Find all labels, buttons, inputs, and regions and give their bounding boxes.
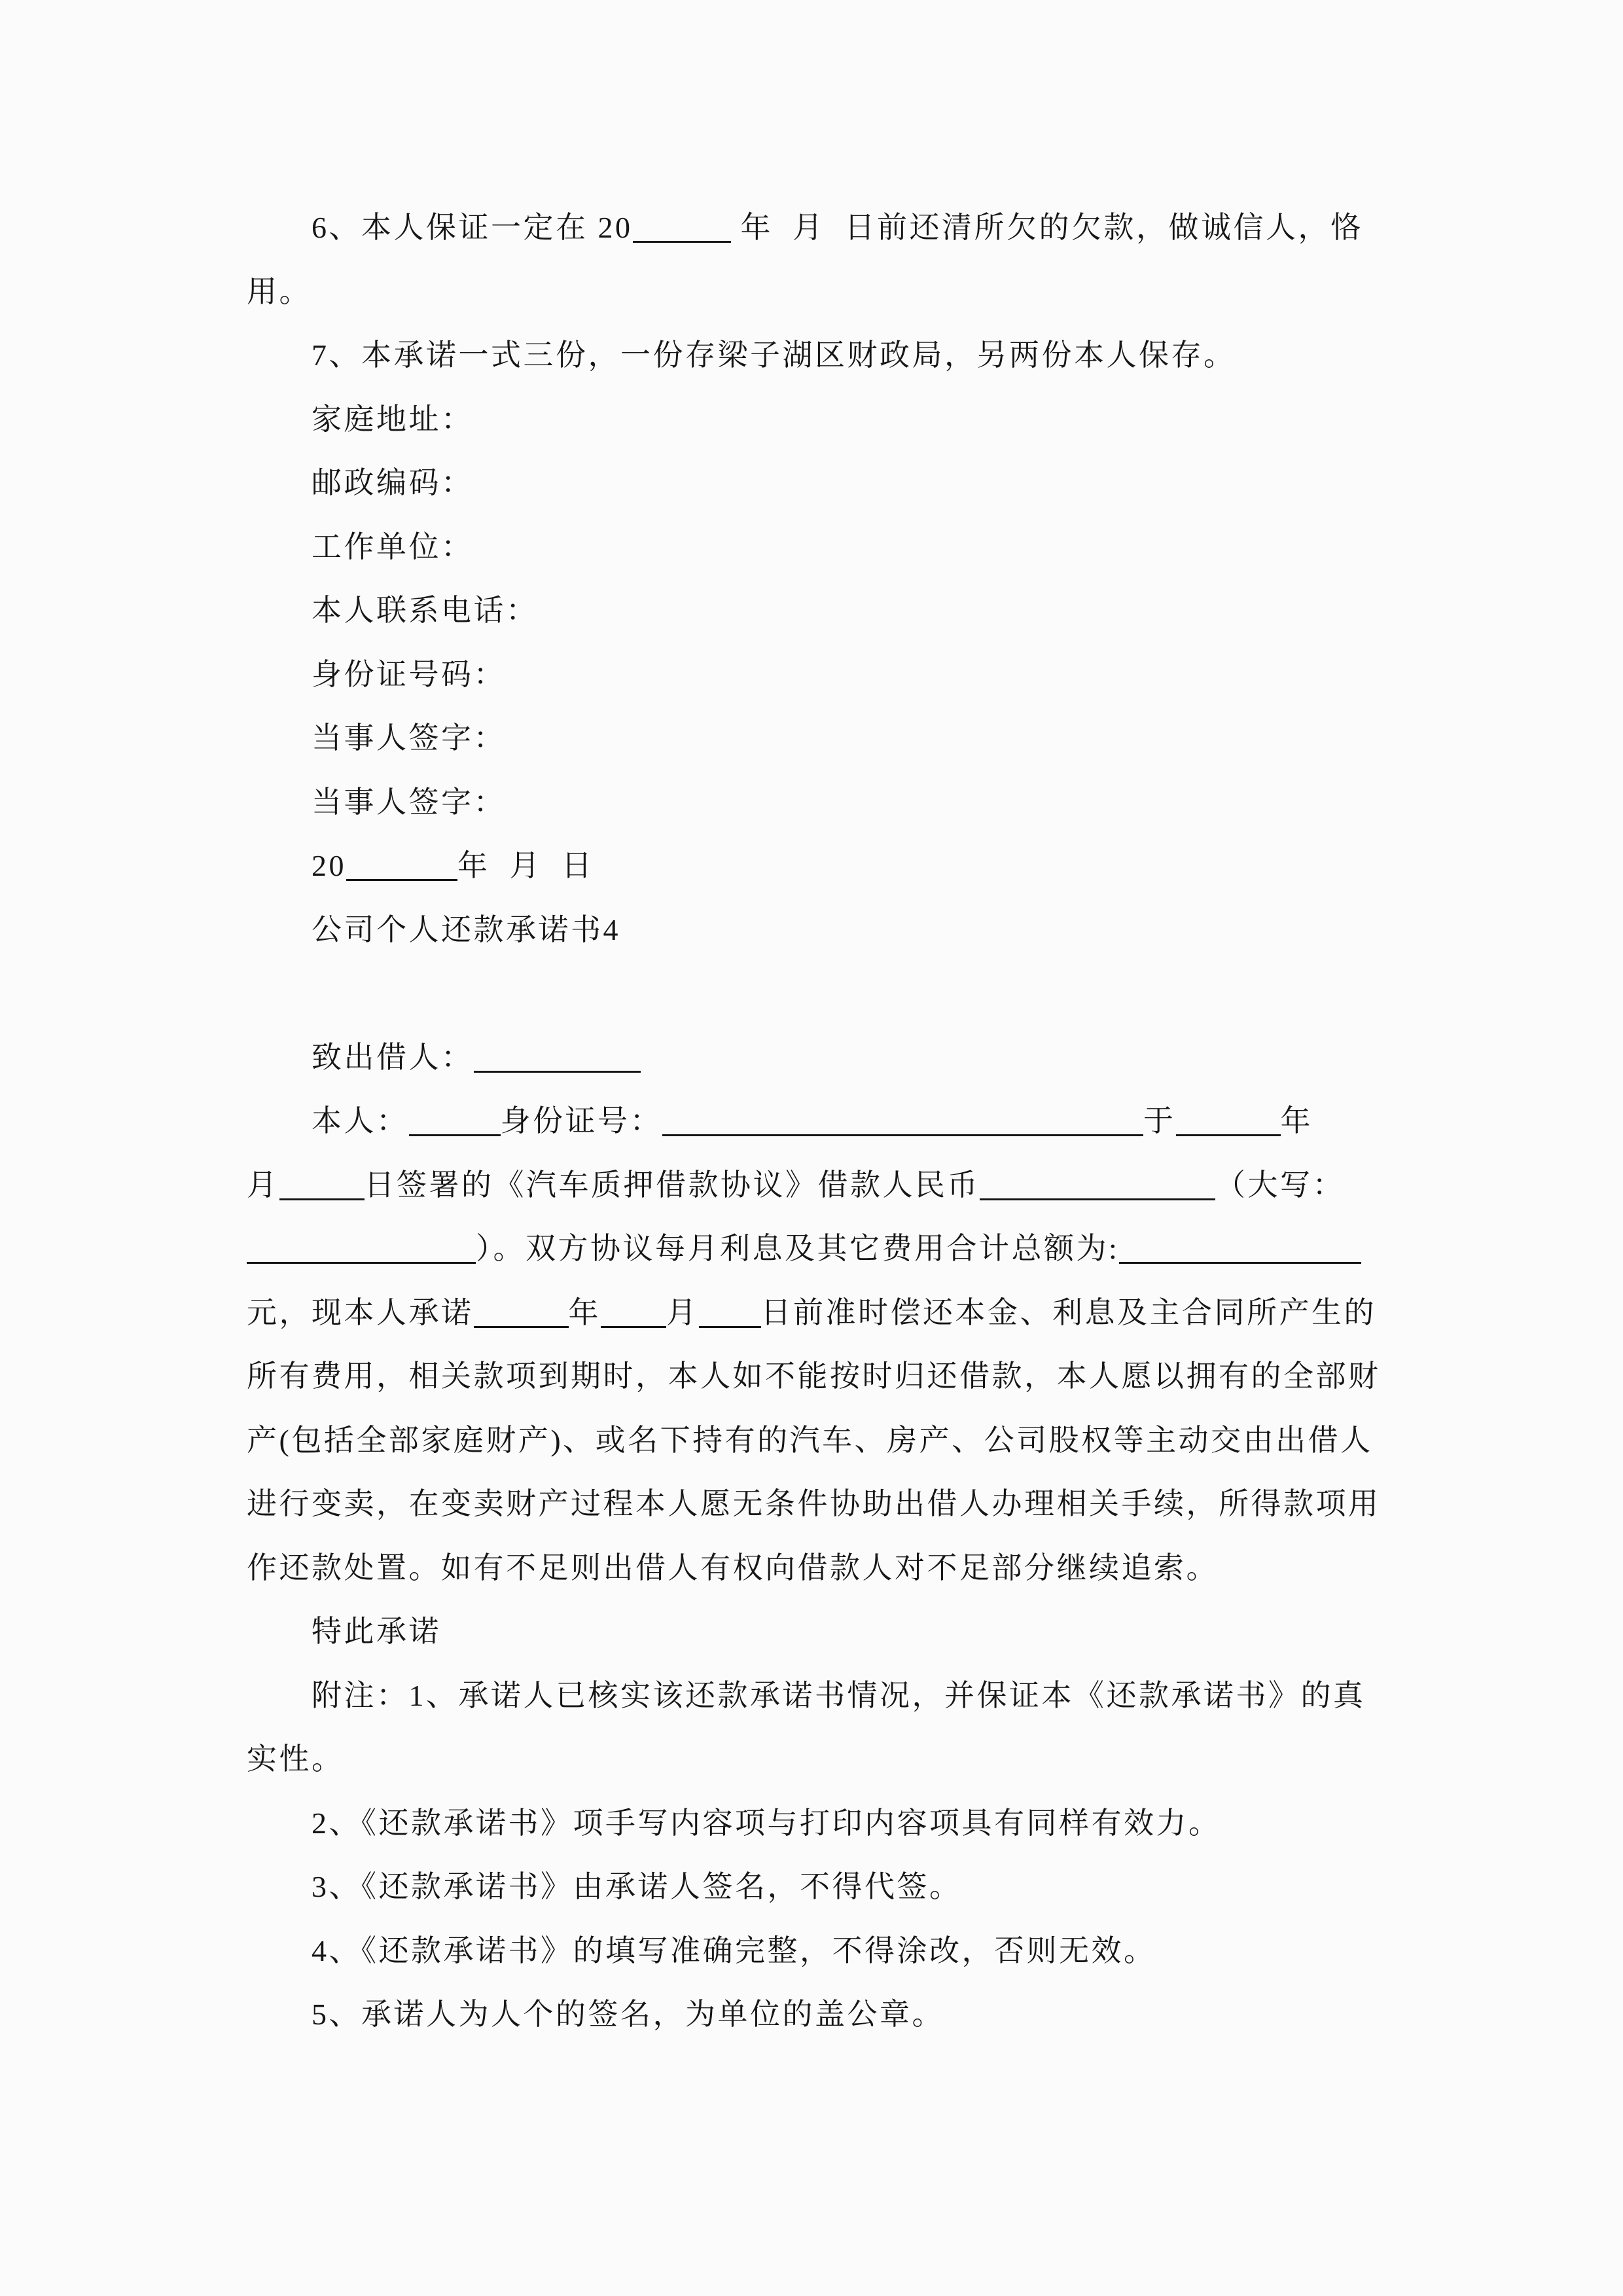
doc-line-21: 进行变卖，在变卖财产过程本人愿无条件协助出借人办理相关手续，所得款项用 [247, 1472, 1383, 1536]
text-run: ）。双方协议每月利息及其它费用合计总额为: [476, 1232, 1119, 1265]
doc-line-23: 特此承诺 [247, 1600, 1383, 1664]
doc-line-29: 5、承诺人为人个的签名，为单位的盖公章。 [247, 1982, 1383, 2047]
doc-line-2: 用。 [247, 260, 1383, 324]
text-run: 身份证号： [501, 1104, 663, 1138]
text-run: 2、《还款承诺书》项手写内容项与打印内容项具有同样有效力。 [312, 1806, 1221, 1840]
doc-line-9: 当事人签字： [247, 706, 1383, 770]
text-run: 当事人签字： [312, 721, 506, 755]
doc-line-24: 附注：1、承诺人已核实该还款承诺书情况，并保证本《还款承诺书》的真 [247, 1664, 1383, 1728]
text-run: 本人： [312, 1104, 409, 1138]
text-run: 3、《还款承诺书》由承诺人签名，不得代签。 [312, 1870, 962, 1903]
doc-line-28: 4、《还款承诺书》的填写准确完整，不得涂改，否则无效。 [247, 1919, 1383, 1983]
text-run: 附注：1、承诺人已核实该还款承诺书情况，并保证本《还款承诺书》的真 [312, 1679, 1366, 1712]
text-run: 当事人签字： [312, 785, 506, 819]
doc-line-27: 3、《还款承诺书》由承诺人签名，不得代签。 [247, 1855, 1383, 1919]
doc-line-20: 产(包括全部家庭财产)、或名下持有的汽车、房产、公司股权等主动交由出借人 [247, 1408, 1383, 1473]
text-run: 年 [569, 1296, 601, 1329]
text-run: 作还款处置。如有不足则出借人有权向借款人对不足部分继续追索。 [247, 1551, 1219, 1585]
blank-underline [980, 1196, 1215, 1200]
text-run: 元，现本人承诺 [247, 1296, 474, 1329]
doc-line-7: 本人联系电话： [247, 579, 1383, 643]
text-run: 用。 [247, 275, 312, 308]
text-run: 工作单位： [312, 530, 474, 564]
doc-line-16: 月日签署的《汽车质押借款协议》借款人民币（大写： [247, 1153, 1383, 1217]
blank-underline [601, 1323, 666, 1328]
doc-line-5: 邮政编码： [247, 451, 1383, 515]
doc-line-4: 家庭地址： [247, 387, 1383, 452]
text-run: （大写： [1215, 1168, 1345, 1202]
text-run: 日前准时偿还本金、利息及主合同所产生的 [761, 1296, 1377, 1329]
text-run: 6、本人保证一定在 20 [312, 211, 633, 244]
blank-underline [474, 1068, 641, 1073]
doc-line-22: 作还款处置。如有不足则出借人有权向借款人对不足部分继续追索。 [247, 1536, 1383, 1600]
doc-line-8: 身份证号码： [247, 643, 1383, 707]
text-run: 年 月 日 [457, 849, 594, 882]
text-run: 特此承诺 [312, 1615, 441, 1648]
text-run: 5、承诺人为人个的签名，为单位的盖公章。 [312, 1998, 944, 2031]
blank-underline [633, 238, 731, 243]
doc-line-10: 当事人签字： [247, 770, 1383, 834]
text-run: 邮政编码： [312, 466, 474, 499]
doc-line-26: 2、《还款承诺书》项手写内容项与打印内容项具有同样有效力。 [247, 1791, 1383, 1856]
blank-underline [279, 1196, 365, 1200]
doc-line-3: 7、本承诺一式三份，一份存梁子湖区财政局，另两份本人保存。 [247, 323, 1383, 387]
text-run: 实性。 [247, 1742, 344, 1776]
doc-line-12: 公司个人还款承诺书4 [247, 898, 1383, 962]
doc-line-18: 元，现本人承诺年月日前准时偿还本金、利息及主合同所产生的 [247, 1281, 1383, 1345]
doc-line-11: 20年 月 日 [247, 834, 1383, 898]
doc-line-17: ）。双方协议每月利息及其它费用合计总额为: [247, 1217, 1383, 1281]
text-run: 身份证号码： [312, 658, 506, 691]
text-run: 致出借人： [312, 1041, 474, 1074]
text-run: 年 [1281, 1104, 1313, 1138]
text-run: 7、本承诺一式三份，一份存梁子湖区财政局，另两份本人保存。 [312, 338, 1236, 372]
blank-underline [699, 1323, 761, 1328]
text-run: 20 [312, 849, 346, 882]
doc-line-13 [247, 961, 1383, 1026]
blank-underline [1119, 1259, 1361, 1264]
text-run: 公司个人还款承诺书4 [312, 913, 620, 946]
doc-line-6: 工作单位： [247, 515, 1383, 579]
doc-line-19: 所有费用，相关款项到期时，本人如不能按时归还借款，本人愿以拥有的全部财 [247, 1344, 1383, 1408]
document-page: 6、本人保证一定在 20 年 月 日前还清所欠的欠款，做诚信人，恪守信用。7、本… [247, 196, 1383, 2047]
text-run: 进行变卖，在变卖财产过程本人愿无条件协助出借人办理相关手续，所得款项用 [247, 1487, 1381, 1520]
text-run: 4、《还款承诺书》的填写准确完整，不得涂改，否则无效。 [312, 1934, 1156, 1967]
text-run: 于 [1143, 1104, 1176, 1138]
text-run: 所有费用，相关款项到期时，本人如不能按时归还借款，本人愿以拥有的全部财 [247, 1359, 1381, 1393]
blank-underline [1176, 1132, 1281, 1136]
blank-underline [409, 1132, 501, 1136]
blank-underline [247, 1259, 476, 1264]
text-run: 日签署的《汽车质押借款协议》借款人民币 [365, 1168, 980, 1202]
text-run: 月 [247, 1168, 279, 1202]
doc-line-15: 本人：身份证号：于年 [247, 1089, 1383, 1153]
doc-line-25: 实性。 [247, 1727, 1383, 1791]
text-run: 产(包括全部家庭财产)、或名下持有的汽车、房产、公司股权等主动交由出借人 [247, 1424, 1373, 1457]
blank-underline [346, 876, 457, 881]
doc-line-1: 6、本人保证一定在 20 年 月 日前还清所欠的欠款，做诚信人，恪守信 [247, 196, 1383, 260]
text-run: 家庭地址： [312, 403, 474, 436]
doc-line-14: 致出借人： [247, 1026, 1383, 1090]
text-run: 月 [666, 1296, 699, 1329]
blank-underline [662, 1132, 1143, 1136]
text-run: 本人联系电话： [312, 594, 539, 627]
blank-underline [474, 1323, 569, 1328]
